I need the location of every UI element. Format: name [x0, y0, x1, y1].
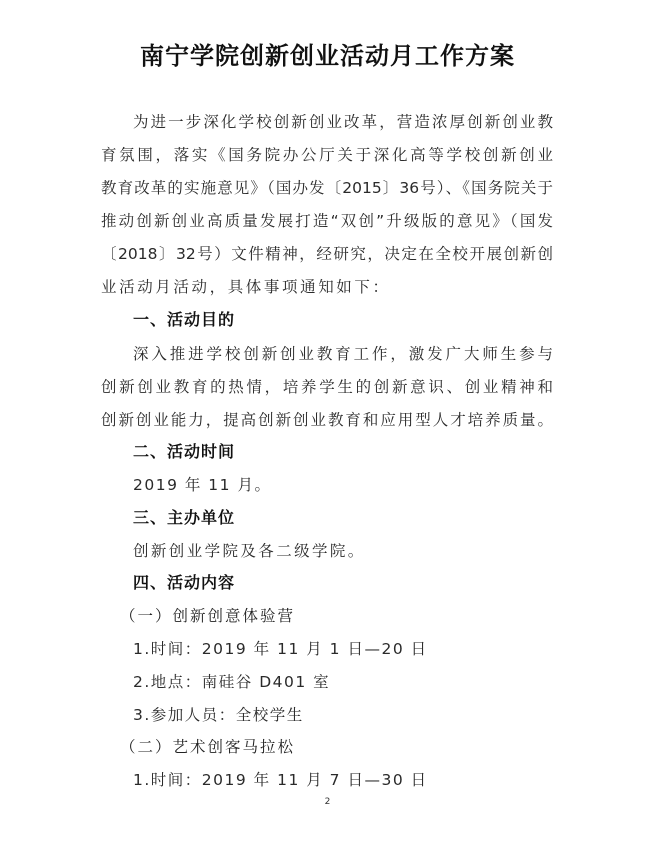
section-line: 2019 年 11 月。	[133, 469, 271, 501]
intro-line: 〔2018〕32号）文件精神，经研究，决定在全校开展创新创	[101, 238, 553, 270]
intro-line: 为进一步深化学校创新创业改革，营造浓厚创新创业教	[133, 106, 553, 138]
intro-line: 业活动月活动，具体事项通知如下：	[101, 271, 391, 303]
section-heading-purpose: 一、活动目的	[133, 304, 235, 336]
section-heading-organizer: 三、主办单位	[133, 502, 235, 534]
subsection-item: 1.时间：2019 年 11 月 7 日—30 日	[133, 764, 428, 796]
section-line: 创新创业能力，提高创新创业教育和应用型人才培养质量。	[101, 404, 553, 436]
document-title: 南宁学院创新创业活动月工作方案	[0, 36, 655, 71]
intro-line: 育氛围，落实《国务院办公厅关于深化高等学校创新创业	[101, 139, 553, 171]
section-heading-time: 二、活动时间	[133, 436, 235, 468]
subsection-item: 1.时间：2019 年 11 月 1 日—20 日	[133, 633, 428, 665]
intro-line: 推动创新创业高质量发展打造“双创”升级版的意见》（国发	[101, 205, 553, 237]
subsection-item: 3.参加人员：全校学生	[133, 699, 304, 731]
section-line: 深入推进学校创新创业教育工作，激发广大师生参与	[133, 338, 553, 370]
section-line: 创新创业教育的热情，培养学生的创新意识、创业精神和	[101, 371, 553, 403]
section-heading-content: 四、活动内容	[133, 567, 235, 599]
subsection-item: 2.地点：南硅谷 D401 室	[133, 666, 330, 698]
intro-line: 教育改革的实施意见》（国办发〔2015〕36号）、《国务院关于	[101, 172, 553, 204]
subsection-heading-creative-camp: （一）创新创意体验营	[120, 600, 295, 632]
section-line: 创新创业学院及各二级学院。	[133, 535, 366, 567]
subsection-heading-art-marathon: （二）艺术创客马拉松	[120, 731, 295, 763]
document-page: 南宁学院创新创业活动月工作方案 为进一步深化学校创新创业改革，营造浓厚创新创业教…	[0, 0, 655, 864]
page-number: 2	[0, 797, 655, 807]
